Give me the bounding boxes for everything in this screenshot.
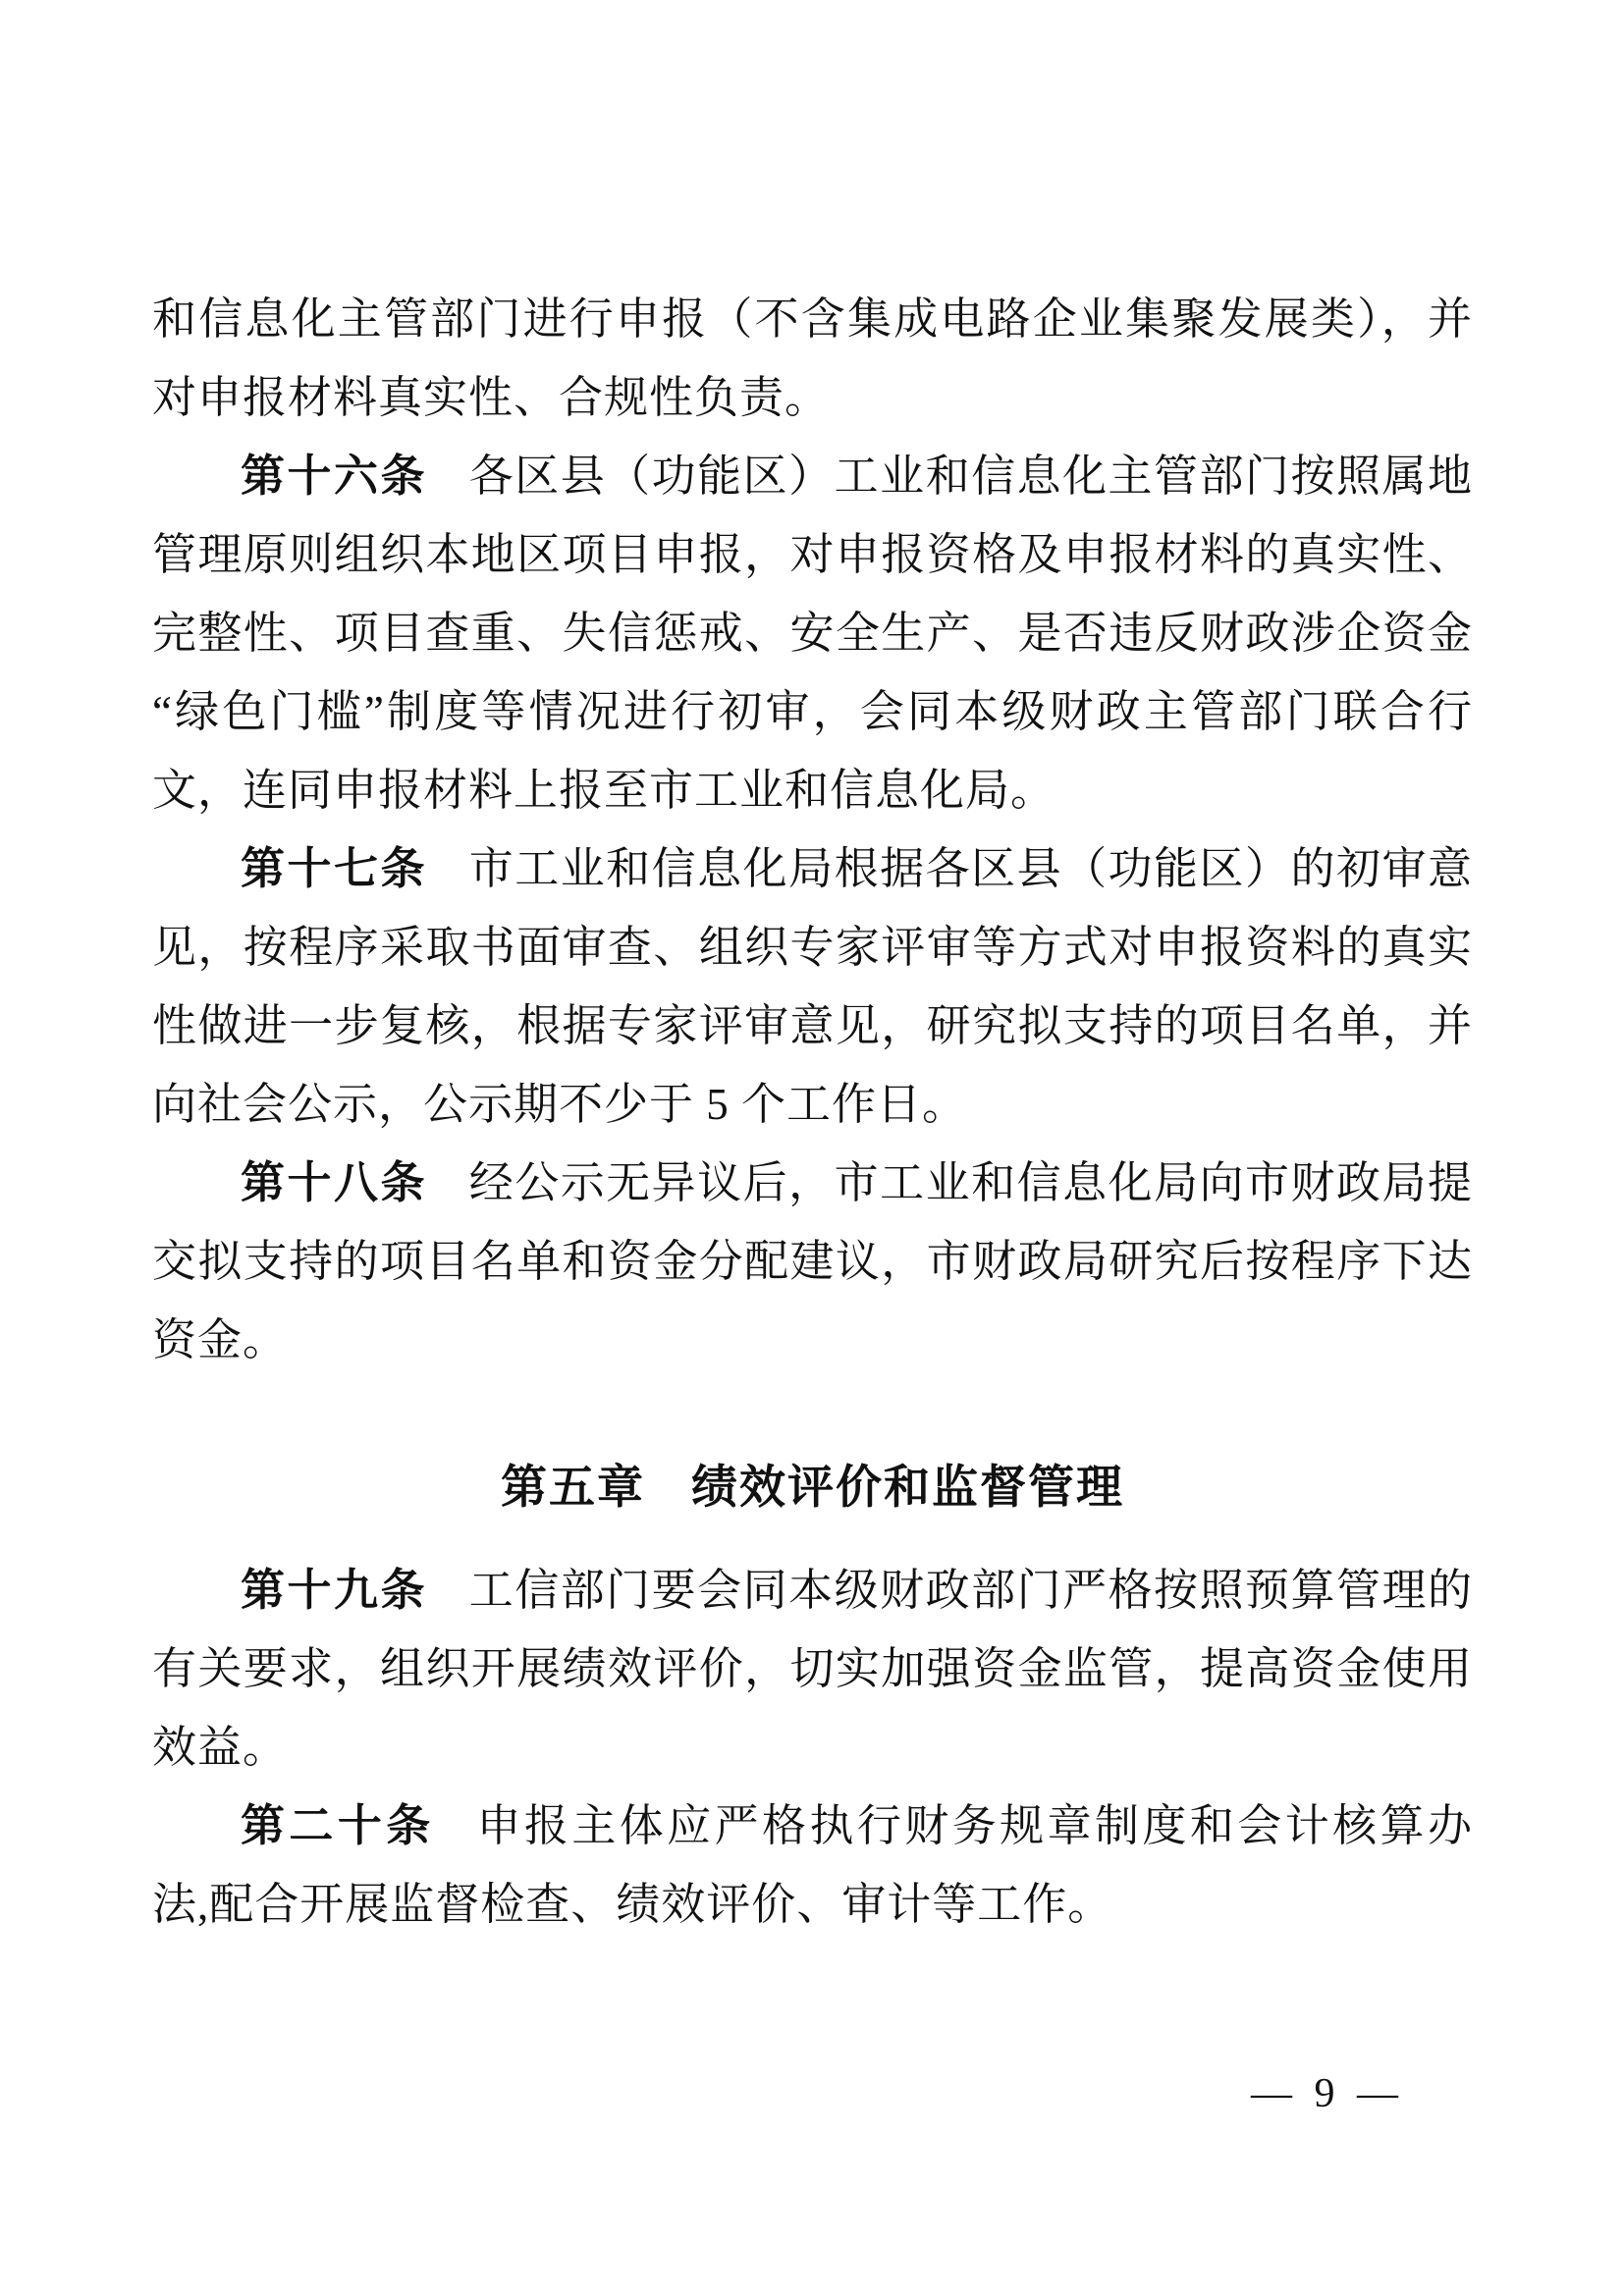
document-page: 和信息化主管部门进行申报（不含集成电路企业集聚发展类），并对申报材料真实性、合规… [0, 0, 1623, 2296]
paragraph-continuation: 和信息化主管部门进行申报（不含集成电路企业集聚发展类），并对申报材料真实性、合规… [152, 280, 1473, 437]
article-19-label: 第十九条 [241, 1565, 427, 1615]
article-19: 第十九条工信部门要会同本级财政部门严格按照预算管理的有关要求，组织开展绩效评价，… [152, 1551, 1473, 1787]
chapter-heading: 第五章绩效评价和监督管理 [152, 1448, 1473, 1526]
article-20-label: 第二十条 [241, 1800, 435, 1850]
document-body: 和信息化主管部门进行申报（不含集成电路企业集聚发展类），并对申报材料真实性、合规… [152, 0, 1473, 1944]
article-16-label: 第十六条 [241, 451, 427, 501]
page-number: — 9 — [1251, 2069, 1404, 2118]
article-17-label: 第十七条 [241, 843, 427, 893]
article-18-label: 第十八条 [241, 1157, 427, 1207]
article-17: 第十七条市工业和信息化局根据各区县（功能区）的初审意见，按程序采取书面审查、组织… [152, 829, 1473, 1144]
article-20: 第二十条申报主体应严格执行财务规章制度和会计核算办法,配合开展监督检查、绩效评价… [152, 1787, 1473, 1944]
article-16: 第十六条各区县（功能区）工业和信息化主管部门按照属地管理原则组织本地区项目申报，… [152, 437, 1473, 829]
article-16-text: 各区县（功能区）工业和信息化主管部门按照属地管理原则组织本地区项目申报，对申报资… [152, 452, 1473, 815]
article-18: 第十八条经公示无异议后，市工业和信息化局向市财政局提交拟支持的项目名单和资金分配… [152, 1144, 1473, 1379]
chapter-number: 第五章 [501, 1461, 645, 1513]
chapter-title: 绩效评价和监督管理 [691, 1461, 1124, 1513]
